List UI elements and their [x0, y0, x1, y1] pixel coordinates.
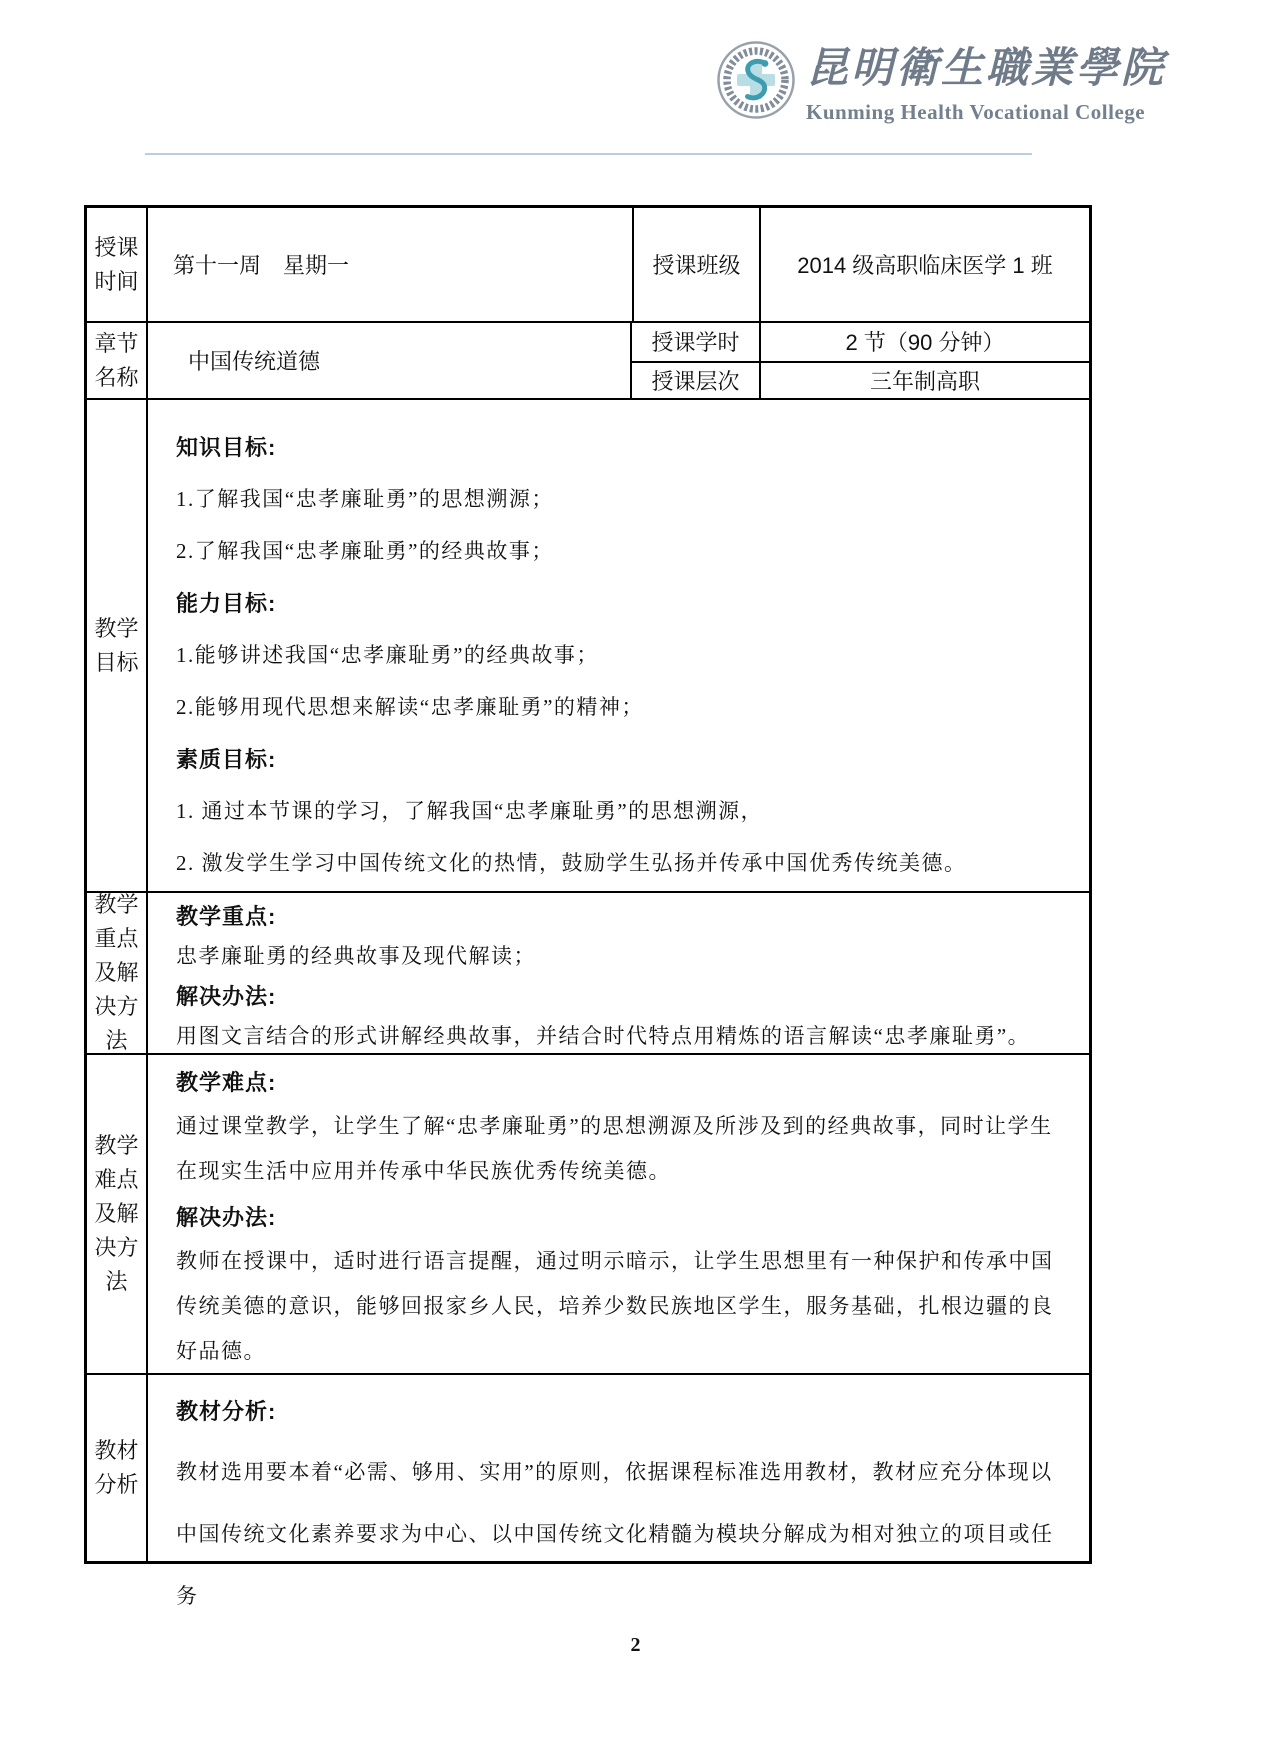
teaching-time-label: 授课时间 [87, 208, 146, 321]
lesson-plan-page: 昆明衛生職業學院 Kunming Health Vocational Colle… [0, 0, 1271, 1763]
teaching-hours-value: 2 节（90 分钟） [759, 323, 1089, 361]
difficulty-solution-heading: 解决办法: [176, 1194, 1071, 1239]
document-header: 昆明衛生職業學院 Kunming Health Vocational Colle… [716, 40, 1166, 125]
material-analysis-body: 教材选用要本着“必需、够用、实用”的原则，依据课程标准选用教材，教材应充分体现以… [176, 1441, 1071, 1627]
teaching-difficulty-label: 教学难点及解决方法 [87, 1055, 146, 1373]
college-logo [716, 40, 796, 120]
chapter-name-label: 章节名称 [87, 323, 146, 398]
focus-solution-heading: 解决办法: [176, 975, 1071, 1015]
chapter-name-value: 中国传统道德 [146, 323, 630, 398]
college-names: 昆明衛生職業學院 Kunming Health Vocational Colle… [806, 40, 1166, 125]
knowledge-goal-heading: 知识目标: [176, 420, 1071, 472]
teaching-level-label: 授课层次 [632, 363, 759, 399]
difficulty-solution-body: 教师在授课中，适时进行语言提醒，通过明示暗示，让学生思想里有一种保护和传承中国传… [176, 1239, 1071, 1374]
teaching-class-label: 授课班级 [632, 208, 759, 321]
row-teaching-focus: 教学重点及解决方法 教学重点: 忠孝廉耻勇的经典故事及现代解读； 解决办法: 用… [87, 891, 1089, 1053]
row-teaching-level: 授课层次 三年制高职 [632, 361, 1089, 399]
teaching-level-value: 三年制高职 [759, 363, 1089, 399]
teaching-goals-label: 教学目标 [87, 400, 146, 891]
page-number: 2 [0, 1634, 1271, 1657]
teaching-focus-content: 教学重点: 忠孝廉耻勇的经典故事及现代解读； 解决办法: 用图文言结合的形式讲解… [146, 893, 1089, 1053]
row-teaching-difficulty: 教学难点及解决方法 教学难点: 通过课堂教学，让学生了解“忠孝廉耻勇”的思想溯源… [87, 1053, 1089, 1373]
ability-goal-heading: 能力目标: [176, 576, 1071, 628]
row-chapter-name: 章节名称 中国传统道德 授课学时 2 节（90 分钟） 授课层次 三年制高职 [87, 321, 1089, 398]
teaching-class-value: 2014 级高职临床医学 1 班 [759, 208, 1089, 321]
teaching-focus-label: 教学重点及解决方法 [87, 893, 146, 1053]
quality-goal-item: 2. 激发学生学习中国传统文化的热情，鼓励学生弘扬并传承中国优秀传统美德。 [176, 836, 1071, 888]
difficulty-point-body: 通过课堂教学，让学生了解“忠孝廉耻勇”的思想溯源及所涉及到的经典故事，同时让学生… [176, 1104, 1071, 1194]
college-seal-icon [716, 40, 796, 120]
teaching-goals-content: 知识目标: 1.了解我国“忠孝廉耻勇”的思想溯源； 2.了解我国“忠孝廉耻勇”的… [146, 400, 1089, 891]
quality-goal-heading: 素质目标: [176, 732, 1071, 784]
material-analysis-content: 教材分析: 教材选用要本着“必需、够用、实用”的原则，依据课程标准选用教材，教材… [146, 1375, 1089, 1561]
material-analysis-heading: 教材分析: [176, 1385, 1071, 1435]
header-divider-line [145, 153, 1032, 155]
teaching-hours-label: 授课学时 [632, 323, 759, 361]
teaching-time-value: 第十一周 星期一 [146, 208, 632, 321]
row-teaching-time: 授课时间 第十一周 星期一 授课班级 2014 级高职临床医学 1 班 [87, 208, 1089, 321]
college-name-calligraphy: 昆明衛生職業學院 [806, 42, 1166, 94]
difficulty-point-heading: 教学难点: [176, 1059, 1071, 1104]
focus-point-body: 忠孝廉耻勇的经典故事及现代解读； [176, 935, 1071, 975]
quality-goal-item: 1. 通过本节课的学习，了解我国“忠孝廉耻勇”的思想溯源， [176, 784, 1071, 836]
knowledge-goal-item: 1.了解我国“忠孝廉耻勇”的思想溯源； [176, 472, 1071, 524]
lesson-plan-table: 授课时间 第十一周 星期一 授课班级 2014 级高职临床医学 1 班 章节名称… [84, 205, 1092, 1564]
row-teaching-goals: 教学目标 知识目标: 1.了解我国“忠孝廉耻勇”的思想溯源； 2.了解我国“忠孝… [87, 398, 1089, 891]
teaching-difficulty-content: 教学难点: 通过课堂教学，让学生了解“忠孝廉耻勇”的思想溯源及所涉及到的经典故事… [146, 1055, 1089, 1373]
row-teaching-hours: 授课学时 2 节（90 分钟） [632, 323, 1089, 361]
college-name-english: Kunming Health Vocational College [806, 100, 1166, 125]
focus-point-heading: 教学重点: [176, 895, 1071, 935]
focus-solution-body: 用图文言结合的形式讲解经典故事，并结合时代特点用精炼的语言解读“忠孝廉耻勇”。 [176, 1015, 1071, 1055]
row-material-analysis: 教材分析 教材分析: 教材选用要本着“必需、够用、实用”的原则，依据课程标准选用… [87, 1373, 1089, 1561]
material-analysis-label: 教材分析 [87, 1375, 146, 1561]
ability-goal-item: 1.能够讲述我国“忠孝廉耻勇”的经典故事； [176, 628, 1071, 680]
hours-level-stack: 授课学时 2 节（90 分钟） 授课层次 三年制高职 [630, 323, 1089, 398]
knowledge-goal-item: 2.了解我国“忠孝廉耻勇”的经典故事； [176, 524, 1071, 576]
ability-goal-item: 2.能够用现代思想来解读“忠孝廉耻勇”的精神； [176, 680, 1071, 732]
